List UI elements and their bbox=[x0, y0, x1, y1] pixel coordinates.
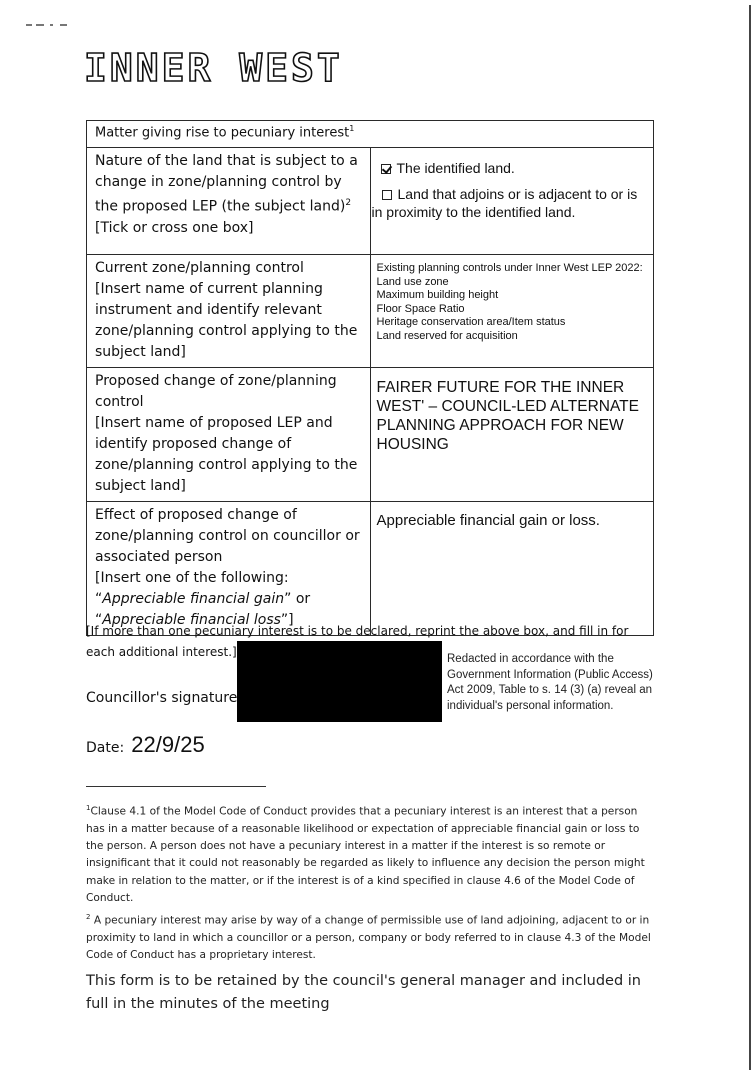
proposed-lep-name: FAIRER FUTURE FOR THE INNER WEST' – COUN… bbox=[377, 378, 649, 454]
row-label: Effect of proposed change of zone/planni… bbox=[95, 507, 360, 565]
form-title-text: Matter giving rise to pecuniary interest bbox=[95, 125, 349, 140]
value-cell: Appreciable financial gain or loss. bbox=[370, 502, 654, 636]
row-instruction: [Tick or cross one box] bbox=[95, 220, 254, 236]
signature-label: Councillor's signature: bbox=[86, 690, 242, 706]
footnote-ref: 2 bbox=[86, 913, 90, 921]
label-cell: Proposed change of zone/planning control… bbox=[87, 368, 371, 502]
table-row-land-nature: Nature of the land that is subject to a … bbox=[87, 148, 654, 255]
footnote-text: Clause 4.1 of the Model Code of Conduct … bbox=[86, 806, 645, 904]
row-label: Nature of the land that is subject to a … bbox=[95, 153, 358, 215]
row-instruction: [Insert name of proposed LEP and identif… bbox=[95, 415, 357, 494]
table-row-proposed-change: Proposed change of zone/planning control… bbox=[87, 368, 654, 502]
row-instruction: [Insert name of current planning instrum… bbox=[95, 281, 357, 360]
form-title: Matter giving rise to pecuniary interest… bbox=[87, 121, 654, 148]
table-row-effect: Effect of proposed change of zone/planni… bbox=[87, 502, 654, 636]
signature-redaction bbox=[237, 641, 442, 722]
footnote-ref: 2 bbox=[345, 198, 351, 208]
value-cell: Existing planning controls under Inner W… bbox=[370, 255, 654, 368]
footnote-divider bbox=[86, 786, 266, 787]
pecuniary-interest-form: Matter giving rise to pecuniary interest… bbox=[86, 120, 654, 636]
label-cell: Current zone/planning control [Insert na… bbox=[87, 255, 371, 368]
footnote-2: 2 A pecuniary interest may arise by way … bbox=[86, 909, 658, 964]
value-cell: FAIRER FUTURE FOR THE INNER WEST' – COUN… bbox=[370, 368, 654, 502]
retention-note: This form is to be retained by the counc… bbox=[86, 970, 666, 1016]
date-label: Date: bbox=[86, 740, 124, 756]
list-item: Maximum building height bbox=[377, 289, 649, 303]
option-identified-land[interactable]: The identified land. bbox=[381, 159, 649, 177]
label-cell: Nature of the land that is subject to a … bbox=[87, 148, 371, 255]
effect-value: Appreciable financial gain or loss. bbox=[377, 512, 649, 529]
list-item: Floor Space Ratio bbox=[377, 303, 649, 317]
footnote-text: A pecuniary interest may arise by way of… bbox=[86, 915, 651, 962]
checkbox-checked-icon[interactable] bbox=[381, 164, 391, 174]
instruction-option: Appreciable financial gain bbox=[102, 591, 284, 607]
list-item: Heritage conservation area/Item status bbox=[377, 316, 649, 330]
footnote-1: 1Clause 4.1 of the Model Code of Conduct… bbox=[86, 800, 658, 907]
list-item: Land reserved for acquisition bbox=[377, 330, 649, 344]
option-label: Land that adjoins or is adjacent to or i… bbox=[372, 186, 638, 220]
table-row-current-zone: Current zone/planning control [Insert na… bbox=[87, 255, 654, 368]
date-row: Date: 22/9/25 bbox=[86, 732, 205, 758]
row-label: Current zone/planning control bbox=[95, 260, 304, 276]
list-item: Land use zone bbox=[377, 276, 649, 290]
row-label: Proposed change of zone/planning control bbox=[95, 373, 337, 410]
current-controls-list: Existing planning controls under Inner W… bbox=[377, 262, 649, 343]
redaction-note: Redacted in accordance with the Governme… bbox=[447, 652, 662, 714]
list-item: Existing planning controls under Inner W… bbox=[377, 262, 649, 276]
footnote-ref: 1 bbox=[349, 124, 354, 133]
page-edge-line bbox=[749, 5, 751, 1070]
option-label: The identified land. bbox=[397, 160, 515, 176]
row-instruction: [Insert one of the following: bbox=[95, 570, 289, 586]
value-cell: The identified land. Land that adjoins o… bbox=[370, 148, 654, 255]
label-cell: Effect of proposed change of zone/planni… bbox=[87, 502, 371, 636]
inner-west-logo: INNER WEST bbox=[84, 50, 366, 86]
instruction-or: or bbox=[296, 591, 310, 607]
date-value: 22/9/25 bbox=[131, 732, 204, 757]
checkbox-unchecked-icon[interactable] bbox=[382, 190, 392, 200]
scan-artifact bbox=[26, 22, 72, 28]
option-adjoining-land[interactable]: Land that adjoins or is adjacent to or i… bbox=[372, 185, 649, 221]
logo-text: INNER WEST bbox=[84, 48, 343, 88]
